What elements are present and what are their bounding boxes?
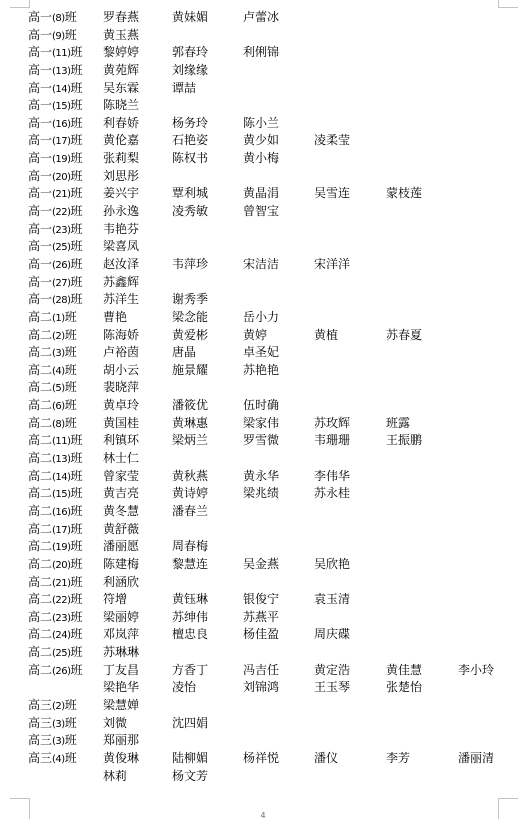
- student-name: 黄佳慧: [386, 662, 422, 680]
- student-name: 周春梅: [172, 538, 208, 556]
- student-name: 潘仪: [314, 750, 338, 768]
- student-name: 黄爱彬: [172, 327, 208, 345]
- class-row: 高一(27)班苏鑫辉: [0, 274, 526, 292]
- student-name: 石艳姿: [172, 132, 208, 150]
- class-suffix: 班: [65, 363, 77, 377]
- class-label: 高二(16)班: [28, 503, 83, 522]
- class-label: 高二(1)班: [28, 309, 77, 328]
- class-number: (9): [52, 31, 65, 42]
- class-number: (22): [52, 595, 71, 606]
- student-name: 梁炳兰: [172, 432, 208, 450]
- student-name: 黄小梅: [243, 150, 279, 168]
- class-label: 高二(21)班: [28, 574, 83, 593]
- student-name: 陈权书: [172, 150, 208, 168]
- student-name: 吴雪连: [314, 185, 350, 203]
- class-row: 高一(16)班利春娇杨务玲陈小兰: [0, 115, 526, 133]
- class-label: 高二(24)班: [28, 626, 83, 645]
- student-name: 李芳: [386, 750, 410, 768]
- student-name: 黄植: [314, 327, 338, 345]
- student-name: 黄国桂: [103, 415, 139, 433]
- student-name: 李伟华: [314, 468, 350, 486]
- class-suffix: 班: [71, 433, 83, 447]
- student-name: 苏玫辉: [314, 415, 350, 433]
- student-name: 符增: [103, 591, 127, 609]
- student-name: 苏鑫辉: [103, 274, 139, 292]
- class-label: 高一(16)班: [28, 115, 83, 134]
- class-row: 高一(26)班赵汝泽韦萍珍宋洁洁宋洋洋: [0, 256, 526, 274]
- student-name: 郑丽那: [103, 732, 139, 750]
- class-label: 高三(4)班: [28, 750, 77, 769]
- class-label: 高一(9)班: [28, 27, 77, 46]
- class-number: (3): [52, 736, 65, 747]
- class-suffix: 班: [71, 239, 83, 253]
- grade-label: 高二: [28, 416, 52, 430]
- grade-label: 高二: [28, 575, 52, 589]
- class-number: (23): [52, 613, 71, 624]
- class-suffix: 班: [71, 451, 83, 465]
- class-label: 高一(13)班: [28, 62, 83, 81]
- student-name: 裴晓萍: [103, 379, 139, 397]
- class-suffix: 班: [71, 627, 83, 641]
- student-name: 覃利城: [172, 185, 208, 203]
- grade-label: 高二: [28, 522, 52, 536]
- student-name: 凌柔莹: [314, 132, 350, 150]
- student-name: 卢裕茵: [103, 344, 139, 362]
- class-suffix: 班: [71, 275, 83, 289]
- class-number: (14): [52, 472, 71, 483]
- student-name: 苏燕平: [243, 609, 279, 627]
- student-name: 陈晓兰: [103, 97, 139, 115]
- class-row: 高二(20)班陈建梅黎慧连吴金燕吴欣艳: [0, 556, 526, 574]
- class-row: 高一(25)班梁喜凤: [0, 238, 526, 256]
- class-row: 高一(11)班黎婷婷郭春玲利俐锦: [0, 44, 526, 62]
- student-name: 潘春兰: [172, 503, 208, 521]
- grade-label: 高一: [28, 151, 52, 165]
- grade-label: 高一: [28, 275, 52, 289]
- class-row: 高二(2)班陈海娇黄爱彬黄婷黄植苏春夏: [0, 327, 526, 345]
- class-suffix: 班: [71, 151, 83, 165]
- class-row: 高二(24)班邓岚萍檀忠良杨佳盈周庆碟: [0, 626, 526, 644]
- student-name: 利俐锦: [243, 44, 279, 62]
- class-number: (16): [52, 119, 71, 130]
- class-label: 高一(26)班: [28, 256, 83, 275]
- class-number: (4): [52, 366, 65, 377]
- class-label: 高一(21)班: [28, 185, 83, 204]
- class-number: (11): [52, 48, 71, 59]
- class-number: (3): [52, 719, 65, 730]
- class-row: 高一(9)班黄玉燕: [0, 27, 526, 45]
- class-label: 高一(28)班: [28, 291, 83, 310]
- student-name: 黎婷婷: [103, 44, 139, 62]
- class-number: (17): [52, 136, 71, 147]
- class-number: (19): [52, 542, 71, 553]
- student-name: 黄晶涓: [243, 185, 279, 203]
- grade-label: 高一: [28, 186, 52, 200]
- class-suffix: 班: [71, 222, 83, 236]
- grade-label: 高二: [28, 345, 52, 359]
- class-row: 高二(13)班林士仁: [0, 450, 526, 468]
- student-name: 王振鹏: [386, 432, 422, 450]
- class-number: (17): [52, 525, 71, 536]
- student-name: 曹艳: [103, 309, 127, 327]
- class-label: 高二(17)班: [28, 521, 83, 540]
- class-number: (22): [52, 207, 71, 218]
- class-label: 高二(14)班: [28, 468, 83, 487]
- student-name: 黄诗婷: [172, 485, 208, 503]
- class-label: 高一(15)班: [28, 97, 83, 116]
- student-name: 梁兆绩: [243, 485, 279, 503]
- class-label: 高二(6)班: [28, 397, 77, 416]
- student-name: 孙永逸: [103, 203, 139, 221]
- grade-label: 高二: [28, 363, 52, 377]
- class-row: 高二(25)班苏琳琳: [0, 644, 526, 662]
- grade-label: 高二: [28, 451, 52, 465]
- student-name: 姜兴宇: [103, 185, 139, 203]
- class-label: 高二(23)班: [28, 609, 83, 628]
- student-name: 黄冬慧: [103, 503, 139, 521]
- student-name: 黄永华: [243, 468, 279, 486]
- class-suffix: 班: [71, 133, 83, 147]
- student-name: 袁玉清: [314, 591, 350, 609]
- class-label: 高一(27)班: [28, 274, 83, 293]
- class-suffix: 班: [71, 292, 83, 306]
- grade-label: 高三: [28, 751, 52, 765]
- student-name: 岳小力: [243, 309, 279, 327]
- class-suffix: 班: [71, 169, 83, 183]
- class-row: 高二(23)班梁丽婷苏绅伟苏燕平: [0, 609, 526, 627]
- student-name: 檀忠良: [172, 626, 208, 644]
- margin-mark-top-left: [10, 0, 30, 8]
- class-number: (20): [52, 560, 71, 571]
- student-name: 利春娇: [103, 115, 139, 133]
- student-name: 冯吉任: [243, 662, 279, 680]
- class-suffix: 班: [71, 504, 83, 518]
- class-row: 高二(1)班曹艳梁念能岳小力: [0, 309, 526, 327]
- class-label: 高一(20)班: [28, 168, 83, 187]
- class-suffix: 班: [71, 663, 83, 677]
- grade-label: 高一: [28, 222, 52, 236]
- student-name: 施景耀: [172, 362, 208, 380]
- student-name: 唐晶: [172, 344, 196, 362]
- class-number: (26): [52, 260, 71, 271]
- class-suffix: 班: [65, 10, 77, 24]
- student-name: 胡小云: [103, 362, 139, 380]
- class-suffix: 班: [71, 45, 83, 59]
- grade-label: 高一: [28, 292, 52, 306]
- student-name: 黄钰琳: [172, 591, 208, 609]
- class-number: (4): [52, 754, 65, 765]
- class-row: 高一(28)班苏洋生谢秀季: [0, 291, 526, 309]
- class-number: (13): [52, 66, 71, 77]
- student-name: 张莉梨: [103, 150, 139, 168]
- student-name: 宋洁洁: [243, 256, 279, 274]
- grade-label: 高一: [28, 169, 52, 183]
- class-number: (3): [52, 348, 65, 359]
- student-name: 卢蕾冰: [243, 9, 279, 27]
- grade-label: 高一: [28, 45, 52, 59]
- student-name: 杨祥悦: [243, 750, 279, 768]
- class-suffix: 班: [71, 539, 83, 553]
- student-name: 苏永桂: [314, 485, 350, 503]
- class-row: 高一(17)班黄伦嘉石艳姿黄少如凌柔莹: [0, 132, 526, 150]
- class-row: 高二(5)班裴晓萍: [0, 379, 526, 397]
- class-row: 高一(21)班姜兴宇覃利城黄晶涓吴雪连蒙枝莲: [0, 185, 526, 203]
- class-row: 高二(14)班曾家莹黄秋燕黄永华李伟华: [0, 468, 526, 486]
- class-row: 高一(22)班孙永逸凌秀敏曾智宝: [0, 203, 526, 221]
- student-name: 刘微: [103, 715, 127, 733]
- student-name: 梁念能: [172, 309, 208, 327]
- class-suffix: 班: [65, 28, 77, 42]
- class-suffix: 班: [71, 575, 83, 589]
- grade-label: 高二: [28, 504, 52, 518]
- class-number: (16): [52, 507, 71, 518]
- class-label: 高二(13)班: [28, 450, 83, 469]
- student-name: 银俊宁: [243, 591, 279, 609]
- student-name: 刘思彤: [103, 168, 139, 186]
- grade-label: 高二: [28, 557, 52, 571]
- class-suffix: 班: [65, 380, 77, 394]
- student-name: 吴东霖: [103, 80, 139, 98]
- class-label: 高一(11)班: [28, 44, 83, 63]
- class-label: 高二(22)班: [28, 591, 83, 610]
- student-name: 韦艳芬: [103, 221, 139, 239]
- student-name: 李小玲: [458, 662, 494, 680]
- grade-label: 高三: [28, 716, 52, 730]
- class-suffix: 班: [65, 716, 77, 730]
- grade-label: 高二: [28, 645, 52, 659]
- class-label: 高一(17)班: [28, 132, 83, 151]
- class-row: 高一(20)班刘思彤: [0, 168, 526, 186]
- class-label: 高二(15)班: [28, 485, 83, 504]
- student-name: 方香丁: [172, 662, 208, 680]
- student-name: 罗春燕: [103, 9, 139, 27]
- student-name: 王玉琴: [314, 679, 350, 697]
- class-suffix: 班: [71, 257, 83, 271]
- student-name: 黄俊琳: [103, 750, 139, 768]
- student-name: 吴金燕: [243, 556, 279, 574]
- class-row: 高一(23)班韦艳芬: [0, 221, 526, 239]
- class-number: (26): [52, 666, 71, 677]
- class-number: (8): [52, 419, 65, 430]
- student-name: 黄伦嘉: [103, 132, 139, 150]
- student-name: 黄玉燕: [103, 27, 139, 45]
- grade-label: 高一: [28, 98, 52, 112]
- class-number: (25): [52, 648, 71, 659]
- class-row: 高二(21)班利涵欣: [0, 574, 526, 592]
- student-name: 谢秀季: [172, 291, 208, 309]
- grade-label: 高二: [28, 380, 52, 394]
- grade-label: 高一: [28, 239, 52, 253]
- student-name: 潘丽清: [458, 750, 494, 768]
- class-row: 高二(6)班黄卓玲潘筱优伍时确: [0, 397, 526, 415]
- class-label: 高二(11)班: [28, 432, 83, 451]
- class-label: 高二(19)班: [28, 538, 83, 557]
- class-suffix: 班: [71, 522, 83, 536]
- class-suffix: 班: [65, 398, 77, 412]
- class-row: 高二(11)班利镇环梁炳兰罗雪微韦珊珊王振鹏: [0, 432, 526, 450]
- class-label: 高三(3)班: [28, 732, 77, 751]
- class-number: (5): [52, 383, 65, 394]
- class-name-list: 高一(8)班罗春燕黄妹媚卢蕾冰高一(9)班黄玉燕高一(11)班黎婷婷郭春玲利俐锦…: [0, 9, 526, 785]
- class-row: 高二(17)班黄舒薇: [0, 521, 526, 539]
- student-name: 伍时确: [243, 397, 279, 415]
- class-suffix: 班: [65, 751, 77, 765]
- student-name: 黄卓玲: [103, 397, 139, 415]
- class-suffix: 班: [65, 733, 77, 747]
- class-label: 高二(8)班: [28, 415, 77, 434]
- class-row: 高二(16)班黄冬慧潘春兰: [0, 503, 526, 521]
- class-number: (21): [52, 578, 71, 589]
- class-number: (11): [52, 436, 71, 447]
- student-name: 吴欣艳: [314, 556, 350, 574]
- class-number: (23): [52, 225, 71, 236]
- student-name: 苏春夏: [386, 327, 422, 345]
- class-row: 高一(14)班吴东霖谭喆: [0, 80, 526, 98]
- student-name: 苏艳艳: [243, 362, 279, 380]
- class-row: 高二(3)班卢裕茵唐晶卓圣妃: [0, 344, 526, 362]
- class-row: 梁艳华凌怡刘锦鸿王玉琴张楚怡: [0, 679, 526, 697]
- student-name: 杨佳盈: [243, 626, 279, 644]
- student-name: 陈海娇: [103, 327, 139, 345]
- student-name: 杨务玲: [172, 115, 208, 133]
- class-number: (6): [52, 401, 65, 412]
- student-name: 梁艳华: [103, 679, 139, 697]
- class-label: 高二(5)班: [28, 379, 77, 398]
- class-row: 高三(3)班刘微沈四娟: [0, 715, 526, 733]
- class-label: 高一(19)班: [28, 150, 83, 169]
- class-number: (21): [52, 189, 71, 200]
- class-suffix: 班: [71, 186, 83, 200]
- grade-label: 高一: [28, 116, 52, 130]
- student-name: 黄定浩: [314, 662, 350, 680]
- class-label: 高三(2)班: [28, 697, 77, 716]
- class-number: (1): [52, 313, 65, 324]
- student-name: 黄苑辉: [103, 62, 139, 80]
- grade-label: 高二: [28, 539, 52, 553]
- student-name: 黄琳惠: [172, 415, 208, 433]
- class-row: 高二(26)班丁友昌方香丁冯吉任黄定浩黄佳慧李小玲: [0, 662, 526, 680]
- class-suffix: 班: [71, 116, 83, 130]
- student-name: 陆柳媚: [172, 750, 208, 768]
- student-name: 梁喜凤: [103, 238, 139, 256]
- student-name: 曾智宝: [243, 203, 279, 221]
- student-name: 黎慧连: [172, 556, 208, 574]
- student-name: 凌怡: [172, 679, 196, 697]
- student-name: 潘筱优: [172, 397, 208, 415]
- class-number: (19): [52, 154, 71, 165]
- class-suffix: 班: [65, 345, 77, 359]
- grade-label: 高二: [28, 486, 52, 500]
- class-suffix: 班: [71, 81, 83, 95]
- class-suffix: 班: [65, 698, 77, 712]
- class-label: 高二(20)班: [28, 556, 83, 575]
- class-number: (14): [52, 84, 71, 95]
- class-label: 高二(26)班: [28, 662, 83, 681]
- student-name: 梁慧婵: [103, 697, 139, 715]
- student-name: 利镇环: [103, 432, 139, 450]
- class-row: 高三(4)班黄俊琳陆柳媚杨祥悦潘仪李芳潘丽清: [0, 750, 526, 768]
- student-name: 韦萍珍: [172, 256, 208, 274]
- class-row: 高二(8)班黄国桂黄琳惠梁家伟苏玫辉班露: [0, 415, 526, 433]
- student-name: 苏洋生: [103, 291, 139, 309]
- student-name: 班露: [386, 415, 410, 433]
- student-name: 林士仁: [103, 450, 139, 468]
- class-number: (15): [52, 101, 71, 112]
- class-label: 高二(4)班: [28, 362, 77, 381]
- class-suffix: 班: [71, 610, 83, 624]
- student-name: 苏琳琳: [103, 644, 139, 662]
- class-label: 高一(22)班: [28, 203, 83, 222]
- class-row: 高三(3)班郑丽那: [0, 732, 526, 750]
- class-suffix: 班: [65, 416, 77, 430]
- class-row: 林莉杨文芳: [0, 768, 526, 786]
- student-name: 苏绅伟: [172, 609, 208, 627]
- student-name: 陈小兰: [243, 115, 279, 133]
- class-number: (8): [52, 13, 65, 24]
- class-row: 高二(19)班潘丽愿周春梅: [0, 538, 526, 556]
- grade-label: 高一: [28, 63, 52, 77]
- class-suffix: 班: [71, 63, 83, 77]
- grade-label: 高二: [28, 663, 52, 677]
- grade-label: 高三: [28, 733, 52, 747]
- grade-label: 高一: [28, 81, 52, 95]
- class-suffix: 班: [71, 645, 83, 659]
- student-name: 黄妹媚: [172, 9, 208, 27]
- student-name: 利涵欣: [103, 574, 139, 592]
- student-name: 宋洋洋: [314, 256, 350, 274]
- student-name: 梁家伟: [243, 415, 279, 433]
- class-row: 高一(13)班黄苑辉刘缘缘: [0, 62, 526, 80]
- student-name: 赵汝泽: [103, 256, 139, 274]
- student-name: 谭喆: [172, 80, 196, 98]
- student-name: 曾家莹: [103, 468, 139, 486]
- class-label: 高三(3)班: [28, 715, 77, 734]
- class-number: (13): [52, 454, 71, 465]
- class-suffix: 班: [71, 98, 83, 112]
- grade-label: 高二: [28, 328, 52, 342]
- class-label: 高一(8)班: [28, 9, 77, 28]
- student-name: 杨文芳: [172, 768, 208, 786]
- document-page: 高一(8)班罗春燕黄妹媚卢蕾冰高一(9)班黄玉燕高一(11)班黎婷婷郭春玲利俐锦…: [0, 0, 526, 839]
- class-row: 高二(22)班符增黄钰琳银俊宁袁玉清: [0, 591, 526, 609]
- class-label: 高二(25)班: [28, 644, 83, 663]
- class-row: 高一(15)班陈晓兰: [0, 97, 526, 115]
- grade-label: 高三: [28, 698, 52, 712]
- grade-label: 高一: [28, 257, 52, 271]
- grade-label: 高一: [28, 133, 52, 147]
- class-suffix: 班: [71, 469, 83, 483]
- class-row: 高二(15)班黄吉亮黄诗婷梁兆绩苏永桂: [0, 485, 526, 503]
- page-number: 4: [0, 811, 526, 820]
- class-row: 高一(19)班张莉梨陈权书黄小梅: [0, 150, 526, 168]
- class-suffix: 班: [71, 486, 83, 500]
- student-name: 黄秋燕: [172, 468, 208, 486]
- margin-mark-top-right: [498, 0, 518, 8]
- class-number: (27): [52, 278, 71, 289]
- class-number: (15): [52, 489, 71, 500]
- student-name: 沈四娟: [172, 715, 208, 733]
- class-row: 高一(8)班罗春燕黄妹媚卢蕾冰: [0, 9, 526, 27]
- student-name: 黄少如: [243, 132, 279, 150]
- class-number: (24): [52, 630, 71, 641]
- student-name: 韦珊珊: [314, 432, 350, 450]
- student-name: 黄舒薇: [103, 521, 139, 539]
- grade-label: 高二: [28, 433, 52, 447]
- class-label: 高二(2)班: [28, 327, 77, 346]
- student-name: 罗雪微: [243, 432, 279, 450]
- grade-label: 高二: [28, 592, 52, 606]
- student-name: 蒙枝莲: [386, 185, 422, 203]
